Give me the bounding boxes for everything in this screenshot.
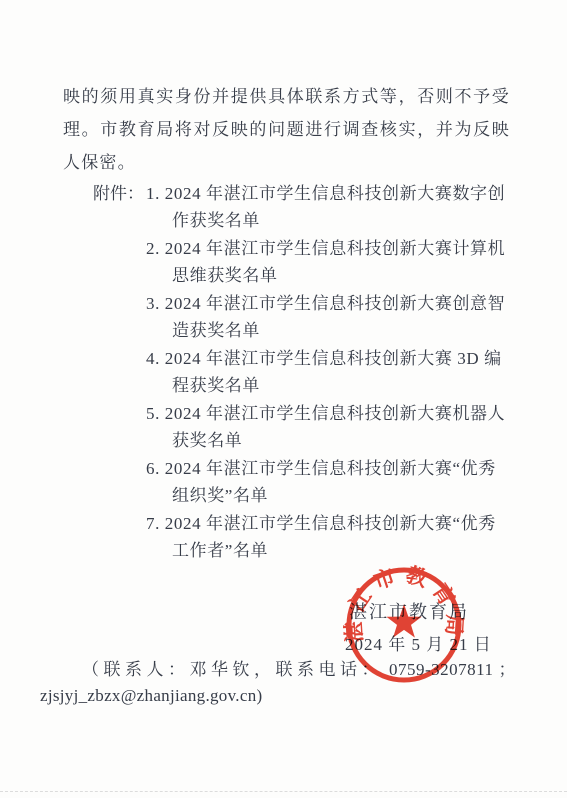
attachment-item: 5. 2024 年湛江市学生信息科技创新大赛机器人获奖名单 bbox=[146, 400, 513, 454]
official-seal-stamp: 湛江市教育局 bbox=[336, 557, 472, 693]
seal-arc-text-container: 湛江市教育局 bbox=[341, 562, 466, 643]
body-paragraph: 映的须用真实身份并提供具体联系方式等，否则不予受理。市教育局将对反映的问题进行调… bbox=[63, 80, 510, 179]
attachment-item: 6. 2024 年湛江市学生信息科技创新大赛“优秀组织奖”名单 bbox=[146, 455, 513, 509]
contact-separator: ； bbox=[494, 660, 516, 679]
star-icon bbox=[386, 604, 421, 638]
contact-email: zjsjyj_zbzx@zhanjiang.gov.cn) bbox=[40, 686, 262, 706]
attachment-item: 7. 2024 年湛江市学生信息科技创新大赛“优秀工作者”名单 bbox=[146, 510, 513, 564]
attachments-list: 1. 2024 年湛江市学生信息科技创新大赛数字创作获奖名单 2. 2024 年… bbox=[146, 180, 513, 565]
attachments-section: 附件： 1. 2024 年湛江市学生信息科技创新大赛数字创作获奖名单 2. 20… bbox=[93, 180, 513, 565]
attachment-item: 4. 2024 年湛江市学生信息科技创新大赛 3D 编程获奖名单 bbox=[146, 345, 513, 399]
attachment-item: 3. 2024 年湛江市学生信息科技创新大赛创意智造获奖名单 bbox=[146, 290, 513, 344]
seal-arc-text: 湛江市教育局 bbox=[341, 562, 466, 643]
page-bottom-fold-line bbox=[0, 791, 567, 792]
attachment-item: 2. 2024 年湛江市学生信息科技创新大赛计算机思维获奖名单 bbox=[146, 235, 513, 289]
attachment-item: 1. 2024 年湛江市学生信息科技创新大赛数字创作获奖名单 bbox=[146, 180, 513, 234]
document-page: 映的须用真实身份并提供具体联系方式等，否则不予受理。市教育局将对反映的问题进行调… bbox=[0, 0, 567, 798]
attachments-label: 附件： bbox=[93, 180, 144, 207]
